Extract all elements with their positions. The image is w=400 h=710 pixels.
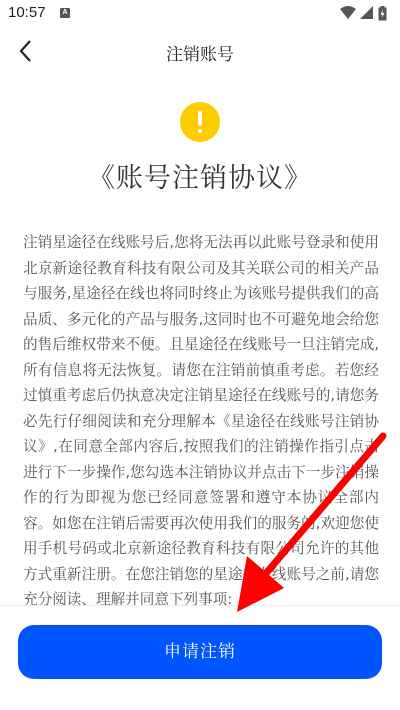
status-icons bbox=[340, 6, 392, 20]
agreement-body: 注销星途径在线账号后,您将无法再以此账号登录和使用北京新途径教育科技有限公司及其… bbox=[23, 230, 379, 613]
battery-charging-icon bbox=[378, 6, 387, 21]
wifi-icon bbox=[340, 6, 356, 20]
cellular-signal-icon bbox=[360, 6, 373, 20]
exclamation-circle-icon bbox=[180, 102, 220, 142]
notification-a-icon: A bbox=[60, 8, 70, 18]
nav-bar: 注销账号 bbox=[0, 28, 400, 74]
page-title: 注销账号 bbox=[0, 40, 400, 65]
apply-cancellation-button[interactable]: 申请注销 bbox=[18, 625, 382, 679]
status-bar: 10:57 A bbox=[0, 0, 400, 28]
bottom-action-area: 申请注销 bbox=[0, 606, 400, 710]
status-time: 10:57 bbox=[8, 4, 46, 21]
agreement-title: 《账号注销协议》 bbox=[0, 156, 400, 195]
